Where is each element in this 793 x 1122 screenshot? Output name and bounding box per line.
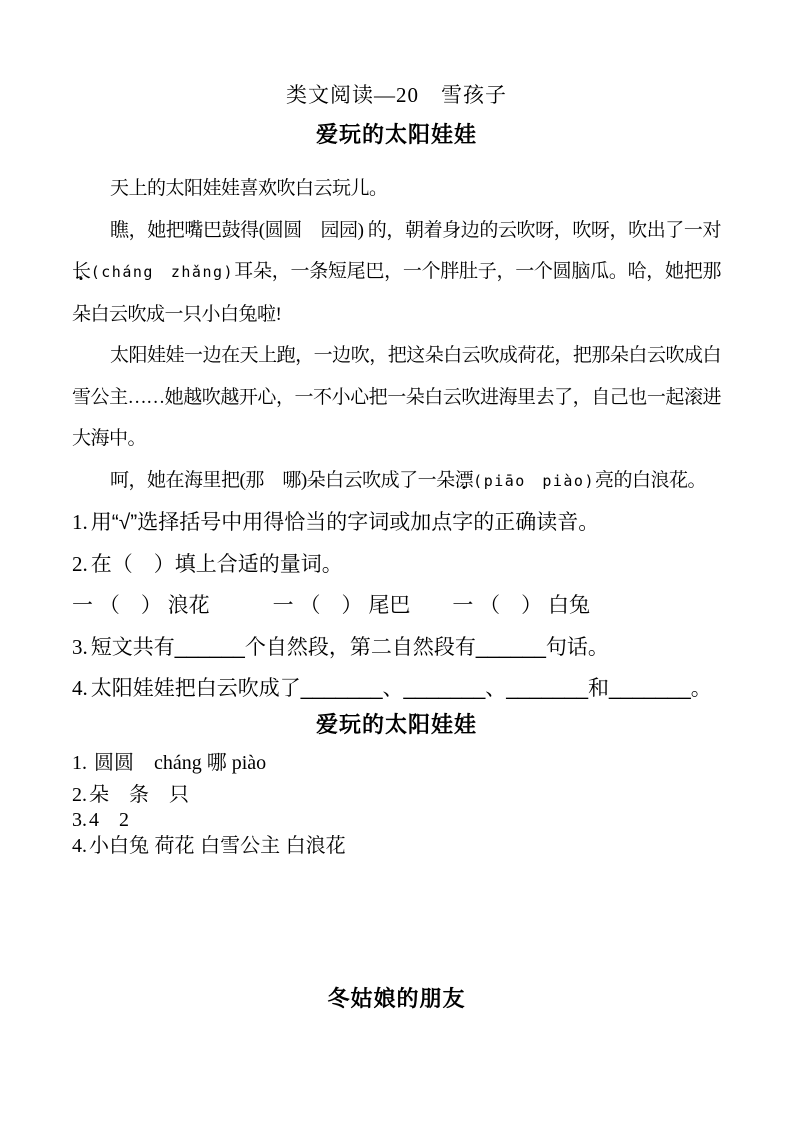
pinyin-chang-zhang: (cháng zhǎng) [91,263,234,281]
answer-3-text: 4 2 [89,809,129,831]
question-2-number: 2. [72,552,91,576]
answer-2-number: 2. [72,784,89,806]
passage-body: 天上的太阳娃娃喜欢吹白云玩儿。 瞧，她把嘴巴鼓得(圆圆 园园) 的，朝着身边的云… [72,168,721,502]
worksheet-page: 类文阅读—20 雪孩子 爱玩的太阳娃娃 天上的太阳娃娃喜欢吹白云玩儿。 瞧，她把… [0,0,793,1122]
paragraph-text: 亮的白浪花。 [595,470,706,491]
answer-3: 3.4 2 [72,808,721,834]
paragraph-text: 呵，她在海里把(那 哪)朵白云吹成了一朵 [110,470,455,491]
pinyin-piao-piao: (piāo piào) [473,472,595,490]
paragraph-text: 太阳娃娃一边在天上跑，一边吹，把这朵白云吹成荷花，把那朵白云吹成白雪公主……她越… [72,345,721,449]
answer-1: 1. 圆圆 cháng 哪 piào [72,750,721,777]
dotted-char-chang: 长 [72,261,91,282]
answer-1-number: 1. [72,752,89,774]
paragraph-text: 瞧，她把嘴巴鼓得(圆圆 园园) 的，朝着身边的云吹呀，吹呀，吹出了一对 [110,220,721,241]
passage-paragraph-3: 太阳娃娃一边在天上跑，一边吹，把这朵白云吹成荷花，把那朵白云吹成白雪公主……她越… [72,335,721,460]
answer-4-text: 小白兔 荷花 白雪公主 白浪花 [89,835,346,857]
quantifier-fill-line: 一 （ ） 浪花 一 （ ） 尾巴 一 （ ） 白兔 [72,585,721,627]
dotted-char-piao: 漂 [455,470,474,491]
next-section-heading: 冬姑娘的朋友 [72,987,721,1011]
question-4: 4.太阳娃娃把白云吹成了_______、_______、_______和____… [72,668,721,710]
answer-4-number: 4. [72,835,89,857]
question-4-number: 4. [72,676,91,700]
question-3: 3.短文共有______个自然段，第二自然段有______句话。 [72,627,721,669]
page-title: 类文阅读—20 雪孩子 [72,84,721,106]
question-1: 1.用“√”选择括号中用得恰当的字词或加点字的正确读音。 [72,502,721,544]
answer-3-number: 3. [72,809,89,831]
questions-block: 1.用“√”选择括号中用得恰当的字词或加点字的正确读音。 2.在（ ）填上合适的… [72,502,721,710]
question-1-text: 用“√”选择括号中用得恰当的字词或加点字的正确读音。 [91,511,600,534]
paragraph-text: 天上的太阳娃娃喜欢吹白云玩儿。 [110,178,388,199]
question-4-text: 太阳娃娃把白云吹成了_______、_______、_______和______… [91,677,712,700]
question-3-number: 3. [72,635,91,659]
question-1-number: 1. [72,510,91,534]
answer-4: 4.小白兔 荷花 白雪公主 白浪花 [72,834,721,860]
passage-paragraph-2: 瞧，她把嘴巴鼓得(圆圆 园园) 的，朝着身边的云吹呀，吹呀，吹出了一对长(chá… [72,210,721,336]
passage-heading: 爱玩的太阳娃娃 [72,123,721,147]
answer-section-heading: 爱玩的太阳娃娃 [72,713,721,737]
answer-2: 2.朵 条 只 [72,783,721,809]
question-2: 2.在（ ）填上合适的量词。 [72,544,721,586]
answer-list: 1. 圆圆 cháng 哪 piào 2.朵 条 只 3.4 2 4.小白兔 荷… [72,750,721,860]
question-2-text: 在（ ）填上合适的量词。 [91,553,343,576]
question-3-text: 短文共有______个自然段，第二自然段有______句话。 [91,636,609,659]
passage-paragraph-1: 天上的太阳娃娃喜欢吹白云玩儿。 [72,168,721,210]
answer-2-text: 朵 条 只 [89,784,189,806]
answer-1-text: 圆圆 cháng 哪 piào [89,752,266,774]
passage-paragraph-4: 呵，她在海里把(那 哪)朵白云吹成了一朵漂(piāo piào)亮的白浪花。 [72,460,721,503]
